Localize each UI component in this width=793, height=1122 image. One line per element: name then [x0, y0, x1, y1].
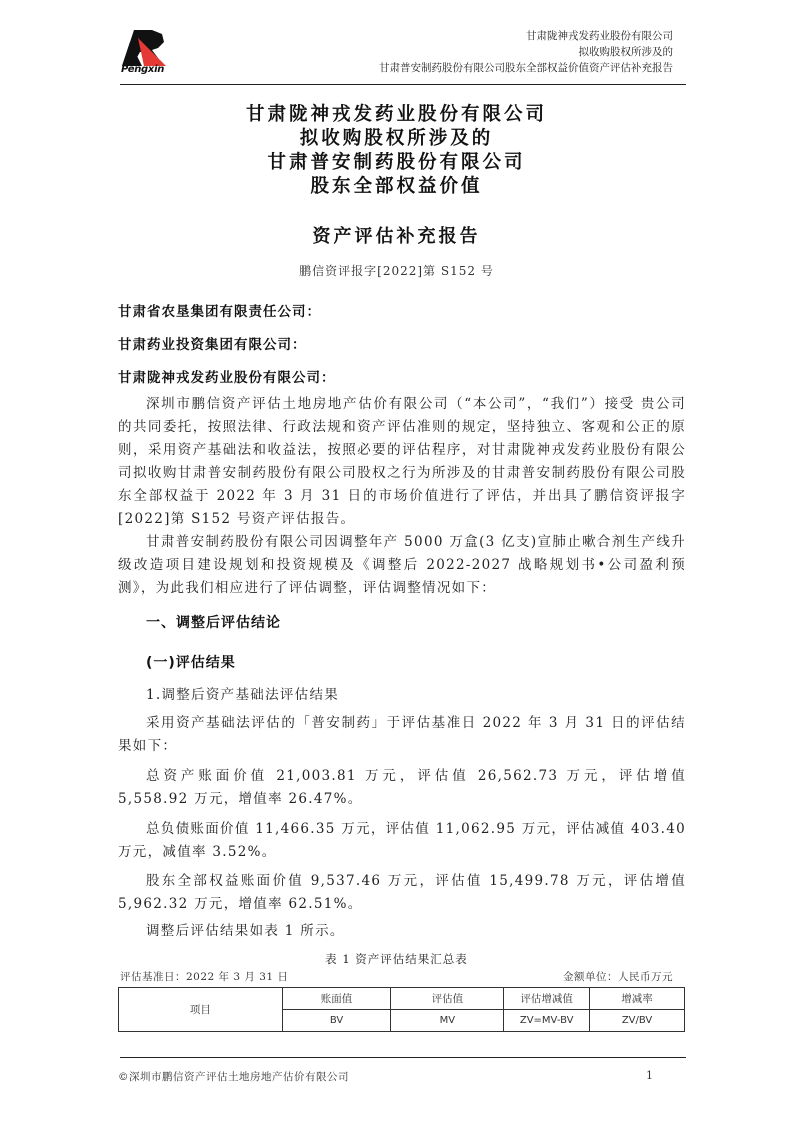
header-change-rate: 增减率 — [590, 988, 685, 1010]
table-base-date: 评估基准日：2022 年 3 月 31 日 — [120, 969, 288, 984]
header-market-value: 评估值 — [391, 988, 504, 1010]
formula-bv: BV — [282, 1010, 391, 1032]
logo-wordmark: Pengxin — [121, 64, 164, 75]
addressee-1: 甘肃省农垦集团有限责任公司： — [118, 300, 321, 320]
item-heading: 1.调整后资产基础法评估结果 — [146, 683, 339, 703]
formula-mv: MV — [391, 1010, 504, 1032]
header-change-value: 评估增减值 — [504, 988, 590, 1010]
report-title: 甘肃陇神戎发药业股份有限公司 拟收购股权所涉及的 甘肃普安制药股份有限公司 股东… — [0, 103, 793, 199]
title-line-4: 股东全部权益价值 — [0, 175, 793, 199]
report-subtitle: 资产评估补充报告 — [0, 222, 793, 248]
total-assets-paragraph: 总资产账面价值 21,003.81 万元，评估值 26,562.73 万元，评估… — [118, 765, 686, 811]
table-header-row: 项目 账面值 评估值 评估增减值 增减率 — [119, 988, 685, 1010]
section-heading: 一、调整后评估结论 — [146, 612, 281, 632]
formula-zv: ZV=MV-BV — [504, 1010, 590, 1032]
page-number: 1 — [646, 1069, 653, 1082]
addressee-3: 甘肃陇神戎发药业股份有限公司： — [118, 366, 336, 386]
total-liabilities-paragraph: 总负债账面价值 11,466.35 万元，评估值 11,062.95 万元，评估… — [118, 818, 686, 864]
table-caption: 表 1 资产评估结果汇总表 — [0, 951, 793, 967]
valuation-summary-table: 项目 账面值 评估值 评估增减值 增减率 BV MV ZV=MV-BV ZV/B… — [118, 987, 685, 1032]
equity-paragraph: 股东全部权益账面价值 9,537.46 万元，评估值 15,499.78 万元，… — [118, 870, 686, 916]
table-unit: 金额单位：人民币万元 — [563, 969, 673, 984]
table-reference-paragraph: 调整后评估结果如表 1 所示。 — [118, 920, 686, 943]
title-line-3: 甘肃普安制药股份有限公司 — [0, 151, 793, 175]
adjustment-paragraph: 甘肃普安制药股份有限公司因调整年产 5000 万盒(3 亿支)宣肺止嗽合剂生产线… — [118, 531, 686, 600]
running-header-line-2: 拟收购股权所涉及的 — [579, 44, 674, 60]
footer-rule — [120, 1057, 686, 1058]
title-line-1: 甘肃陇神戎发药业股份有限公司 — [0, 103, 793, 127]
running-header-line-3: 甘肃普安制药股份有限公司股东全部权益价值资产评估补充报告 — [379, 60, 673, 76]
pengxin-logo-icon — [122, 30, 182, 66]
subsection-heading: (一)评估结果 — [146, 652, 236, 672]
document-number: 鹏信资评报字[2022]第 S152 号 — [0, 262, 793, 279]
basis-paragraph: 采用资产基础法评估的「普安制药」于评估基准日 2022 年 3 月 31 日的评… — [118, 712, 686, 758]
addressee-2: 甘肃药业投资集团有限公司： — [118, 333, 307, 353]
header-rule — [120, 84, 686, 85]
running-header-line-1: 甘肃陇神戎发药业股份有限公司 — [526, 28, 673, 44]
formula-rate: ZV/BV — [590, 1010, 685, 1032]
intro-paragraph: 深圳市鹏信资产评估土地房地产估价有限公司（“本公司”，“我们”）接受 贵公司的共… — [118, 393, 686, 531]
footer-copyright: ©深圳市鹏信资产评估土地房地产估价有限公司 — [118, 1069, 349, 1084]
title-line-2: 拟收购股权所涉及的 — [0, 127, 793, 151]
header-book-value: 账面值 — [282, 988, 391, 1010]
header-item: 项目 — [119, 988, 283, 1032]
